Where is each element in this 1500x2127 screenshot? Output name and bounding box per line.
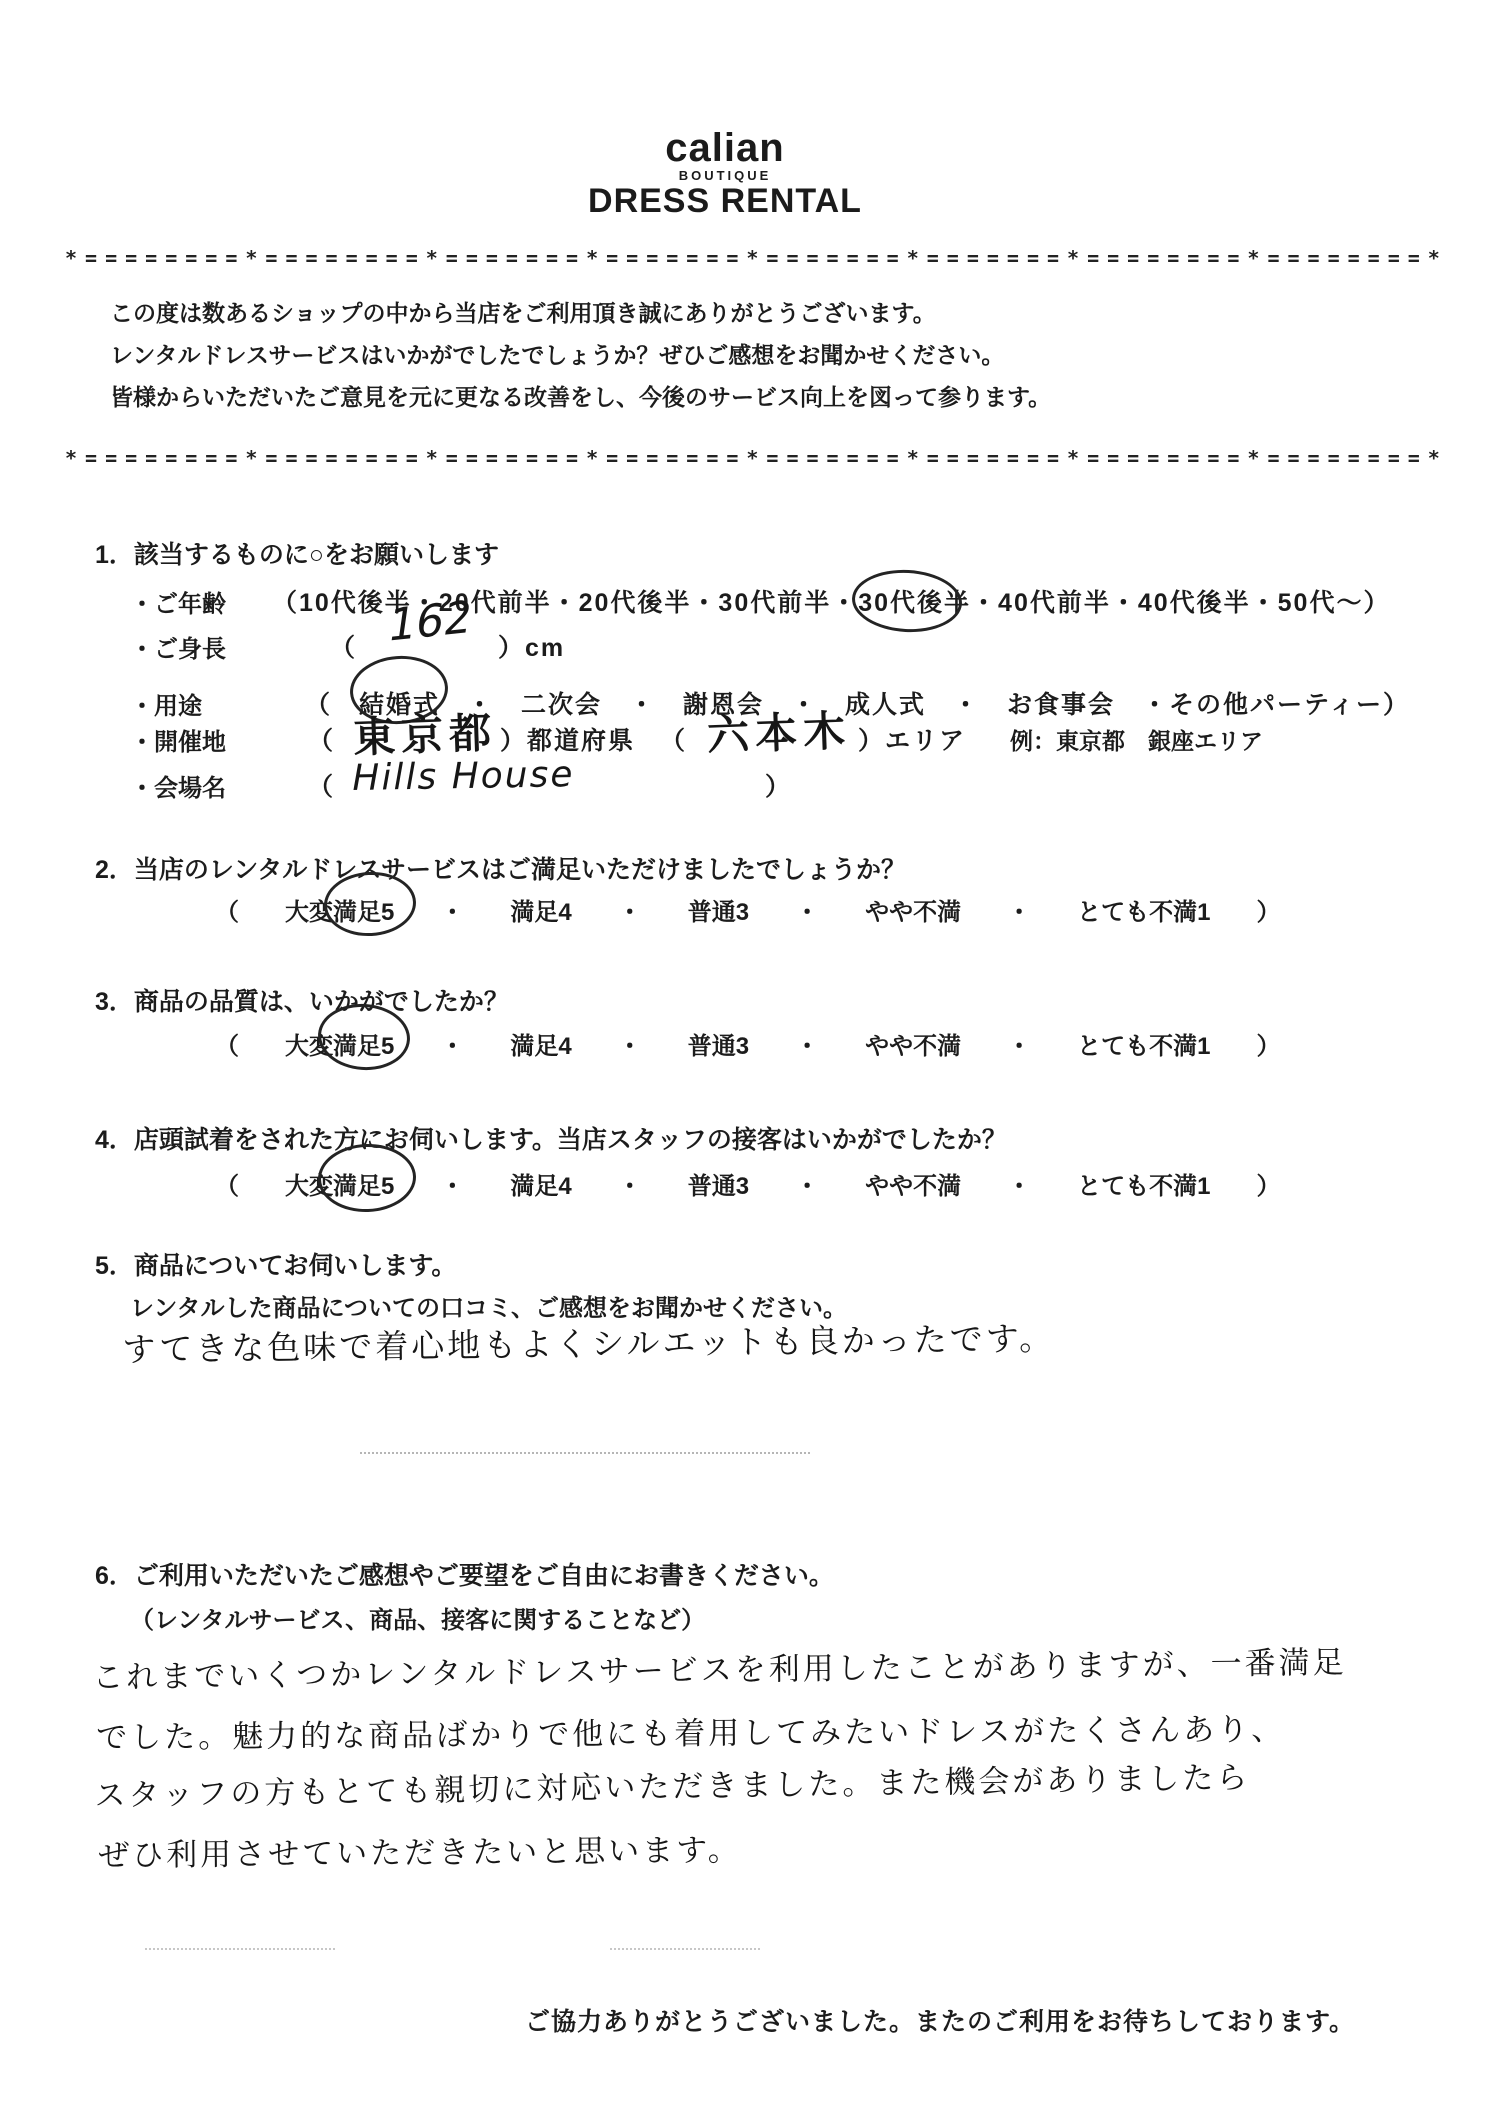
- footer-thanks-message: ご協力ありがとうございました。またのご利用をお待ちしております。: [525, 2002, 1355, 2038]
- q2-rating-paren-close: ）: [1256, 892, 1280, 927]
- q1-height-handwritten-value: 162: [385, 591, 476, 652]
- q3-rating-dot-3: ・: [795, 1026, 819, 1061]
- q1-place-area-suffix: ）エリア: [858, 721, 966, 757]
- q4-rating-dot-2: ・: [618, 1166, 642, 1201]
- q1-place-label: ・開催地: [130, 722, 226, 757]
- q3-rating-dissatisfied: やや不満: [865, 1026, 961, 1061]
- q3-rating-satisfied: 満足4: [510, 1026, 571, 1061]
- q2-rating-neutral: 普通3: [688, 892, 749, 927]
- asterisk-separator-bottom: *========*========*=======*=======*=====…: [65, 446, 1445, 470]
- q3-rating-dot-1: ・: [440, 1026, 464, 1061]
- dotted-guide-line-q5: [360, 1452, 810, 1454]
- q4-rating-satisfied: 満足4: [510, 1166, 571, 1201]
- q2-rating-paren-open: （: [215, 892, 239, 927]
- q6-handwritten-line-2: でした。魅力的な商品ばかりで他にも着用してみたいドレスがたくさんあり、: [96, 1704, 1285, 1757]
- brand-logo: calian: [0, 126, 1450, 171]
- q4-rating-neutral: 普通3: [688, 1166, 749, 1201]
- q1-venue-paren-open: （: [308, 767, 335, 803]
- q2-rating-dissatisfied: やや不満: [865, 892, 961, 927]
- q4-heading: 4．店頭試着をされた方にお伺いします。当店スタッフの接客はいかがでしたか？: [95, 1120, 1007, 1156]
- q2-rating-dot-1: ・: [440, 892, 464, 927]
- dotted-guide-line-q6-left: [145, 1948, 335, 1950]
- q2-rating-dot-2: ・: [618, 892, 642, 927]
- q1-height-label: ・ご身長: [130, 629, 226, 664]
- q4-rating-dot-4: ・: [1007, 1166, 1031, 1201]
- q3-rating-very-dissatisfied: とても不満1: [1077, 1026, 1210, 1061]
- dotted-guide-line-q6-right: [610, 1948, 760, 1950]
- q6-heading: 6．ご利用いただいたご感想やご要望をご自由にお書きください。: [95, 1556, 834, 1592]
- q6-handwritten-line-4: ぜひ利用させていただきたいと思います。: [98, 1824, 742, 1875]
- intro-line-1: この度は数あるショップの中から当店をご利用頂き誠にありがとうございます。: [110, 292, 936, 334]
- q1-heading: 1．該当するものに○をお願いします: [95, 535, 499, 571]
- q5-heading: 5．商品についてお伺いします。: [95, 1246, 456, 1282]
- survey-sheet: calian BOUTIQUE DRESS RENTAL *========*=…: [0, 0, 1500, 2127]
- q1-place-example: 例：東京都 銀座エリア: [1010, 723, 1263, 756]
- intro-line-3: 皆様からいただいたご意見を元に更なる改善をし、今後のサービス向上を図って参ります…: [110, 376, 1051, 418]
- q6-handwritten-line-3: スタッフの方もとても親切に対応いただきました。また機会がありましたら: [94, 1752, 1251, 1815]
- asterisk-separator-top: *========*========*=======*=======*=====…: [65, 246, 1445, 270]
- q3-rating-dot-2: ・: [618, 1026, 642, 1061]
- q4-rating-very-dissatisfied: とても不満1: [1077, 1166, 1210, 1201]
- q4-rating-dissatisfied: やや不満: [865, 1166, 961, 1201]
- q3-rating-neutral: 普通3: [688, 1026, 749, 1061]
- q1-place-prefecture-suffix: ）都道府県: [500, 721, 635, 757]
- page-title: DRESS RENTAL: [0, 182, 1450, 221]
- brand-sub-label: BOUTIQUE: [0, 168, 1450, 183]
- q1-place-area-handwritten: 六本木: [706, 698, 852, 763]
- q3-rating-paren-close: ）: [1256, 1026, 1280, 1061]
- q3-rating-paren-open: （: [215, 1026, 239, 1061]
- q2-rating-very-dissatisfied: とても不満1: [1077, 892, 1210, 927]
- q4-rating-dot-1: ・: [440, 1166, 464, 1201]
- q1-place-area-paren-open: （: [660, 721, 687, 757]
- q1-place-paren-open: （: [308, 721, 335, 757]
- q4-rating-paren-open: （: [215, 1166, 239, 1201]
- q1-height-paren-open: （: [330, 628, 357, 664]
- q3-heading: 3．商品の品質は、いかがでしたか？: [95, 982, 509, 1018]
- q1-venue-handwritten: Hills House: [352, 754, 575, 799]
- q3-rating-dot-4: ・: [1007, 1026, 1031, 1061]
- q6-handwritten-line-1: これまでいくつかレンタルドレスサービスを利用したことがありますが、一番満足: [92, 1637, 1347, 1697]
- q1-age-label: ・ご年齢: [130, 584, 226, 619]
- q2-rating-satisfied: 満足4: [510, 892, 571, 927]
- q1-height-paren-close: ）cm: [498, 628, 565, 664]
- q1-venue-paren-close: ）: [765, 767, 792, 803]
- q1-age-selected-circle: [850, 567, 963, 635]
- q2-heading: 2．当店のレンタルドレスサービスはご満足いただけましたでしょうか？: [95, 850, 906, 886]
- q4-rating-paren-close: ）: [1256, 1166, 1280, 1201]
- q6-subheading: （レンタルサービス、商品、接客に関することなど）: [130, 1600, 705, 1635]
- q4-rating-dot-3: ・: [795, 1166, 819, 1201]
- q1-venue-label: ・会場名: [130, 768, 226, 803]
- q5-handwritten-answer: すてきな色味で着心地もよくシルエットも良かったです。: [122, 1313, 1055, 1371]
- q2-rating-dot-3: ・: [795, 892, 819, 927]
- q2-rating-dot-4: ・: [1007, 892, 1031, 927]
- q1-purpose-label: ・用途: [130, 686, 202, 721]
- intro-line-2: レンタルドレスサービスはいかがでしたでしょうか？ぜひご感想をお聞かせください。: [110, 334, 1004, 376]
